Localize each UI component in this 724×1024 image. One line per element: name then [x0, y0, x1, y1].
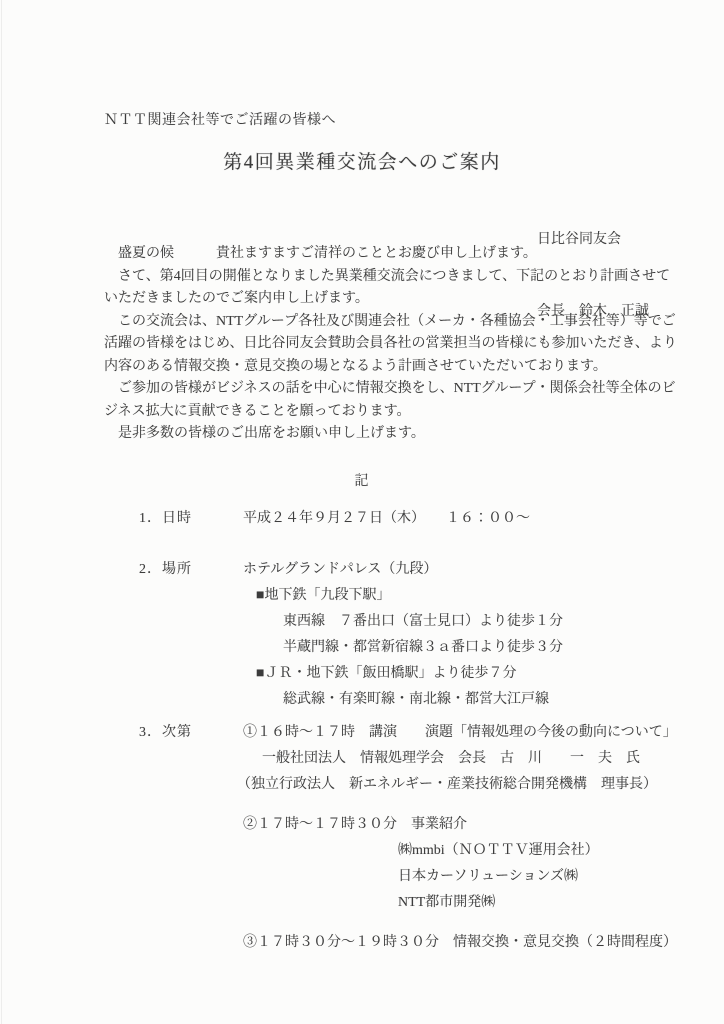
body-line: 盛夏の候 貴社ますますご清祥のこととお慶び申し上げます。: [104, 243, 679, 266]
notice-line-access-detail: 半蔵門線・都営新宿線３ａ番口より徒歩３分: [283, 635, 677, 661]
notice-line-access-group: ■地下鉄「九段下駅」: [256, 583, 677, 609]
document-title: 第4回異業種交流会へのご案内: [0, 147, 724, 174]
notice-line-agenda: ②１７時～１７時３０分 事業紹介: [243, 812, 677, 838]
body-line: さて、第4回目の開催となりました異業種交流会につきまして、下記のとおり計画させて: [104, 266, 679, 289]
notice-line-value: ホテルグランドパレス（九段）: [243, 557, 677, 583]
notice-item: 1．日時平成２４年９月２７日（木） １６：００～: [139, 506, 677, 532]
notice-line-access-detail: 東西線 ７番出口（富士見口）より徒歩１分: [283, 609, 677, 635]
body-line: ジネス拡大に貢献できることを願っております。: [104, 401, 679, 424]
notice-line-agenda: ③１７時３０分～１９時３０分 情報交換・意見交換（２時間程度）: [243, 930, 677, 956]
notice-line-company: NTT都市開発㈱: [398, 890, 677, 916]
body-line: いただきましたのでご案内申し上げます。: [104, 288, 679, 311]
notice-line-company: ㈱mmbi（ＮＯＴＴＶ運用会社）: [398, 838, 677, 864]
notice-line-company: 日本カーソリューションズ㈱: [398, 864, 677, 890]
notice-item-label: 3．次第: [139, 720, 243, 746]
body-line: 是非多数の皆様のご出席をお願い申し上げます。: [104, 423, 679, 446]
body-line: 活躍の皆様をはじめ、日比谷同友会賛助会員各社の営業担当の皆様にも参加いただき、よ…: [104, 333, 679, 356]
notice-line-value: 平成２４年９月２７日（木） １６：００～: [243, 506, 677, 532]
notice-line-speaker-note: （独立行政法人 新エネルギー・産業技術総合開発機構 理事長）: [237, 772, 677, 798]
body-line: この交流会は、NTTグループ各社及び関連会社（メーカ・各種協会・工事会社等）等で…: [104, 311, 679, 334]
body-line: 内容のある情報交換・意見交換の場となるよう計画させていただいております。: [104, 356, 679, 379]
notice-line-speaker: 一般社団法人 情報処理学会 会長 古 川 一 夫 氏: [262, 746, 677, 772]
notice-line-access-group: ■ＪＲ・地下鉄「飯田橋駅」より徒歩７分: [256, 661, 677, 687]
body-line: ご参加の皆様がビジネスの話を中心に情報交換をし、NTTグループ・関係会社等全体の…: [104, 378, 679, 401]
body-paragraph: 盛夏の候 貴社ますますご清祥のこととお慶び申し上げます。 さて、第4回目の開催と…: [104, 243, 679, 446]
notice-item-label: 1．日時: [139, 506, 243, 532]
notice-item: 3．次第①１６時～１７時 講演 演題「情報処理の今後の動向について」一般社団法人…: [139, 720, 677, 956]
notice-line-agenda: ①１６時～１７時 講演 演題「情報処理の今後の動向について」: [243, 720, 677, 746]
ki-marker: 記: [0, 470, 724, 490]
notice-item-lines: ①１６時～１７時 講演 演題「情報処理の今後の動向について」一般社団法人 情報処…: [243, 720, 677, 956]
recipient-line: ＮＴＴ関連会社等でご活躍の皆様へ: [104, 109, 336, 129]
notice-item-lines: 平成２４年９月２７日（木） １６：００～: [243, 506, 677, 532]
scanned-letter-page: ＮＴＴ関連会社等でご活躍の皆様へ 第4回異業種交流会へのご案内 日比谷同友会 会…: [0, 0, 724, 1024]
notice-item-label: 2．場所: [139, 557, 243, 583]
notice-items: 1．日時平成２４年９月２７日（木） １６：００～2．場所ホテルグランドパレス（九…: [139, 506, 677, 956]
notice-line-access-detail: 総武線・有楽町線・南北線・都営大江戸線: [283, 687, 677, 713]
notice-item-lines: ホテルグランドパレス（九段）■地下鉄「九段下駅」東西線 ７番出口（富士見口）より…: [243, 557, 677, 713]
notice-item: 2．場所ホテルグランドパレス（九段）■地下鉄「九段下駅」東西線 ７番出口（富士見…: [139, 557, 677, 713]
